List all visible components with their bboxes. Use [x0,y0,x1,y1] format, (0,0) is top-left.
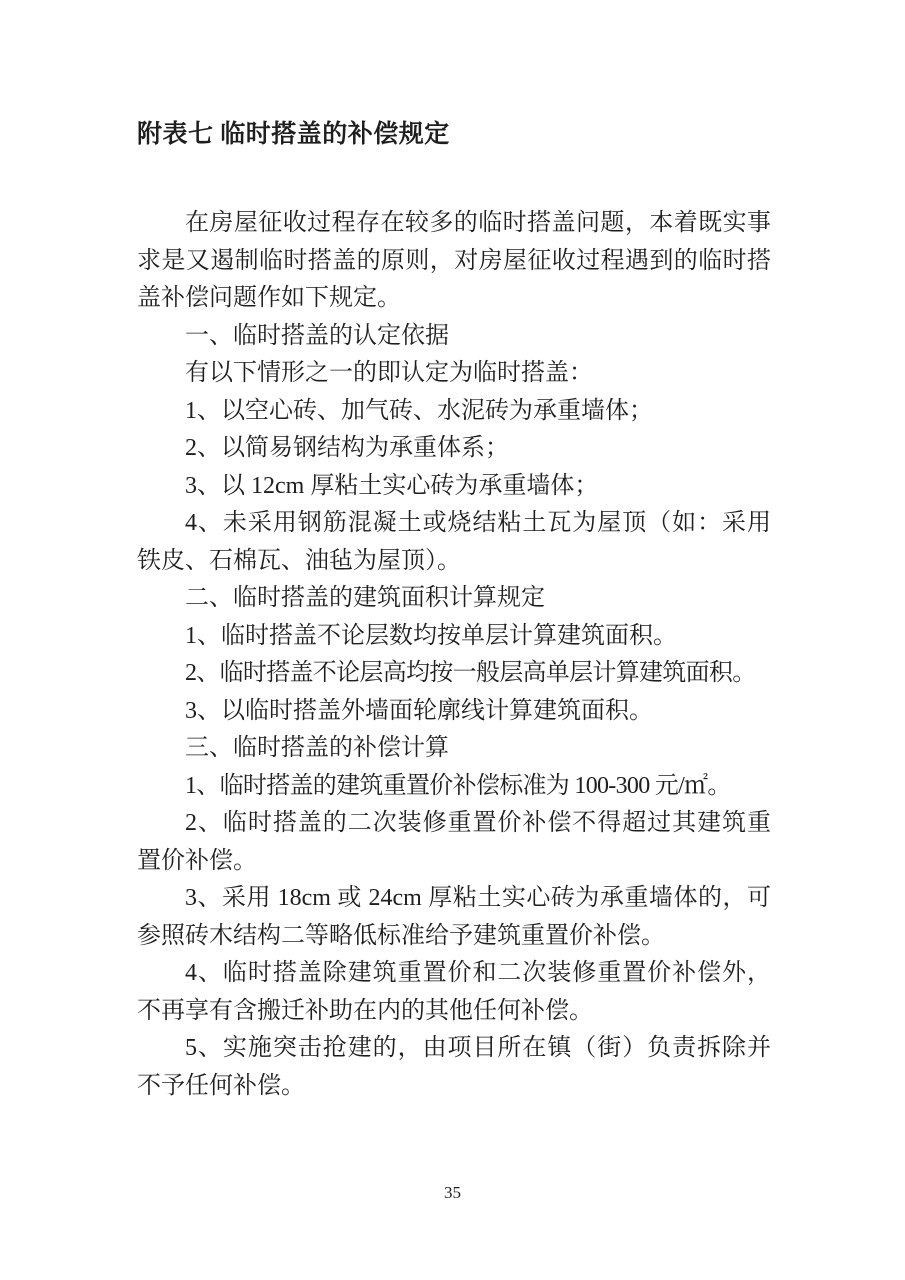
page-number: 35 [0,1183,905,1203]
list-item-s1-2: 2、以简易钢结构为承重体系； [137,430,771,468]
paragraph-intro: 在房屋征收过程存在较多的临时搭盖问题，本着既实事求是又遏制临时搭盖的原则，对房屋… [137,205,771,318]
list-item-s3-2: 2、临时搭盖的二次装修重置价补偿不得超过其建筑重置价补偿。 [137,805,771,880]
document-page: 附表七 临时搭盖的补偿规定 在房屋征收过程存在较多的临时搭盖问题，本着既实事求是… [0,0,905,1280]
heading-section-3: 三、临时搭盖的补偿计算 [137,730,771,768]
list-item-s2-3: 3、以临时搭盖外墙面轮廓线计算建筑面积。 [137,693,771,731]
document-body: 在房屋征收过程存在较多的临时搭盖问题，本着既实事求是又遏制临时搭盖的原则，对房屋… [137,205,771,1105]
heading-section-1: 一、临时搭盖的认定依据 [137,318,771,356]
list-item-s2-1: 1、临时搭盖不论层数均按单层计算建筑面积。 [137,618,771,656]
list-item-s3-1: 1、临时搭盖的建筑重置价补偿标准为 100-300 元/㎡。 [137,768,771,806]
list-item-s3-4: 4、临时搭盖除建筑重置价和二次装修重置价补偿外，不再享有含搬迁补助在内的其他任何… [137,955,771,1030]
list-item-s1-1: 1、以空心砖、加气砖、水泥砖为承重墙体； [137,393,771,431]
list-item-s3-3: 3、采用 18cm 或 24cm 厚粘土实心砖为承重墙体的，可参照砖木结构二等略… [137,880,771,955]
heading-section-2: 二、临时搭盖的建筑面积计算规定 [137,580,771,618]
list-item-s1-3: 3、以 12cm 厚粘土实心砖为承重墙体； [137,468,771,506]
list-item-s1-4: 4、未采用钢筋混凝土或烧结粘土瓦为屋顶（如：采用铁皮、石棉瓦、油毡为屋顶）。 [137,505,771,580]
list-item-s2-2: 2、临时搭盖不论层高均按一般层高单层计算建筑面积。 [137,655,771,693]
paragraph-criteria-lead: 有以下情形之一的即认定为临时搭盖： [137,355,771,393]
document-title: 附表七 临时搭盖的补偿规定 [137,115,771,155]
list-item-s3-5: 5、实施突击抢建的，由项目所在镇（街）负责拆除并不予任何补偿。 [137,1030,771,1105]
